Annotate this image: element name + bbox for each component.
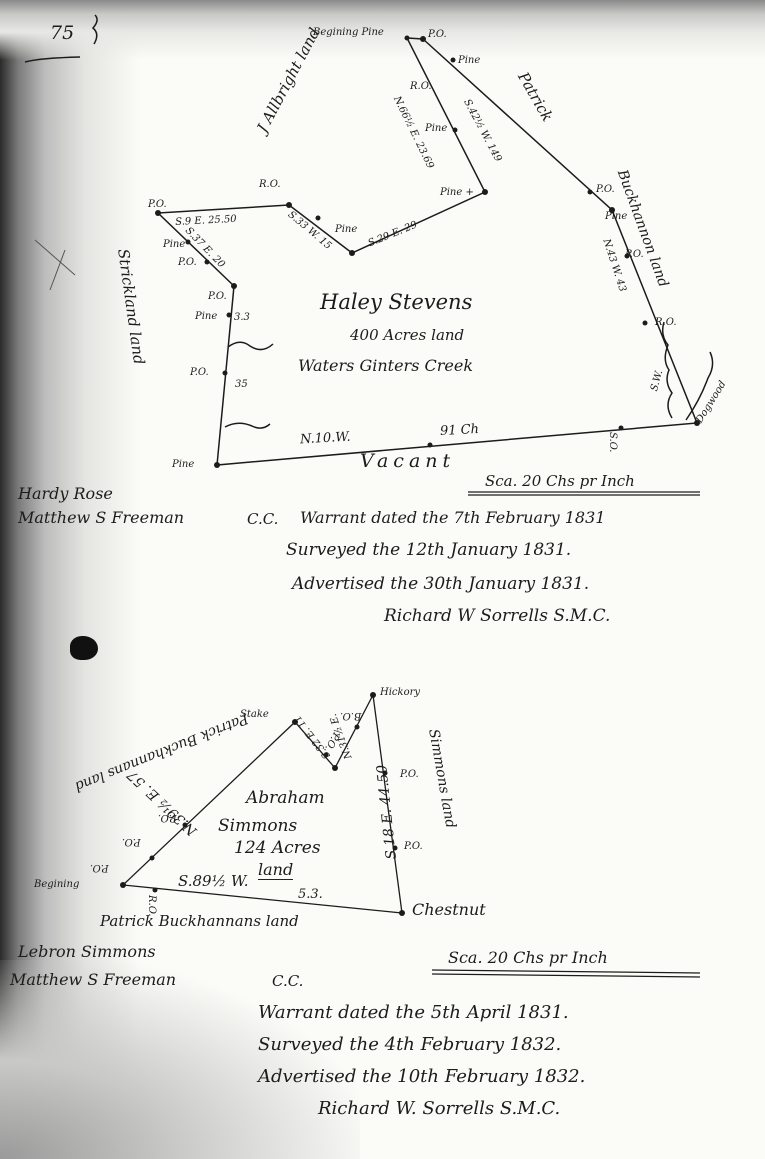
plat2-owner: Abraham [246,790,325,807]
corner-ro: R.O. [655,318,677,328]
adjoining-south: Patrick Buckhannans land [100,914,299,929]
plat1-surveyed: Surveyed the 12th January 1831. [286,542,571,559]
corner-bo: B.O. [340,710,361,720]
page-number: 75 [50,24,74,43]
corner-po: P.O. [625,250,644,260]
plat1-scale: Sca. 20 Chs pr Inch [485,474,635,489]
plat1-chain-carrier-1: Hardy Rose [18,486,113,502]
corner-top: P.O. [428,30,447,40]
plat1-warrant: Warrant dated the 7th February 1831 [300,510,605,526]
plat1-cc-label: C.C. [247,512,278,527]
plat1-chain-carrier-2: Matthew S Freeman [18,510,184,526]
corner-po: P.O. [90,862,109,872]
plat2-owner-surname: Simmons [218,818,297,835]
plat2-surveyed: Surveyed the 4th February 1832. [258,1036,561,1054]
corner-pine: Pine [458,56,480,66]
plat1-location: Waters Ginters Creek [298,358,473,374]
plat2-chain-carrier-1: Lebron Simmons [18,944,156,960]
plat2-chain-carrier-2: Matthew S Freeman [10,972,176,988]
plat1-owner: Haley Stevens [320,292,472,313]
corner-ro: R.O. [410,82,432,92]
corner-pine: Pine [605,212,627,222]
corner-pine: Pine [172,460,194,470]
corner-po: P.O. [178,258,197,268]
corner-beginning: Begining [34,880,79,890]
plat2-cc-label: C.C. [272,974,303,989]
corner-po: P.O. [122,836,141,846]
corner-pine: Pine [335,225,357,235]
plat2-advertised: Advertised the 10th February 1832. [258,1068,585,1086]
corner-po: P.O. [400,770,419,780]
corner-so: S.O. [607,432,617,452]
corner-chestnut: Chestnut [412,902,486,918]
plat1-boundary [158,38,697,465]
bearing-south-line: N.10.W. [300,431,351,447]
plat2-scale: Sca. 20 Chs pr Inch [448,950,608,966]
plat1-acreage: 400 Acres land [350,328,464,343]
survey-page: 75 Begining Pine P.O. Pine R.O. Pine Pin… [0,0,765,1159]
bearing-west-upper: 3.3 [234,313,250,323]
corner-pine: Pine + [440,188,474,198]
corner-pine: Pine [195,312,217,322]
plat2-acreage: 124 Acres [234,840,321,857]
plat2-signature: Richard W. Sorrells S.M.C. [318,1100,560,1118]
plat2-warrant: Warrant dated the 5th April 1831. [258,1004,569,1022]
corner-po: P.O. [596,185,615,195]
bearing-south-line: S.89½ W. [178,874,248,889]
corner-hickory: Hickory [380,688,420,698]
plat1-advertised: Advertised the 30th January 1831. [292,576,589,593]
adjoining-south: Vacant [360,452,455,471]
corner-pine: Pine [163,240,185,250]
bearing-south-distance: 91 Ch [440,423,480,438]
corner-po: P.O. [190,368,209,378]
corner-po: P.O. [404,842,423,852]
corner-po: P.O. [148,200,167,210]
corner-ro: R.O. [259,180,281,190]
plat1-signature: Richard W Sorrells S.M.C. [384,608,610,625]
bearing-south-distance: 5.3. [298,888,323,901]
corner-po: P.O. [208,292,227,302]
corner-pine: Pine [425,124,447,134]
bearing-west-line: 35 [235,380,248,390]
plat2-acreage-land: land [258,862,293,880]
